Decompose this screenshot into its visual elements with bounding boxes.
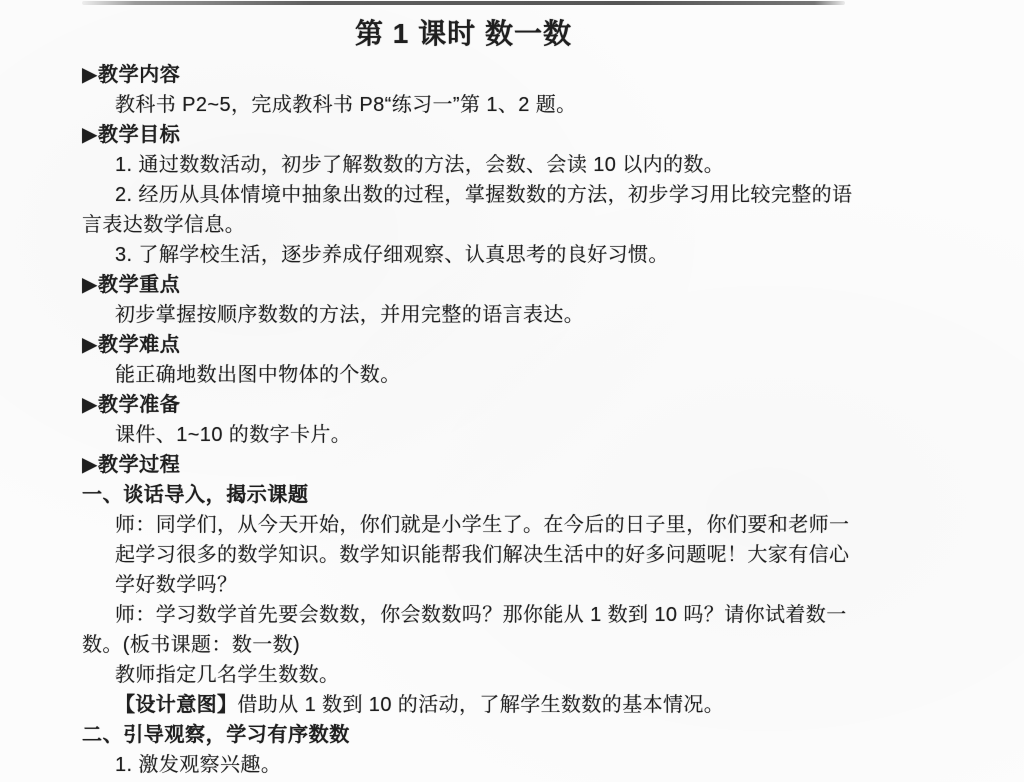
paragraph-teacher-talk-1a: 师：同学们，从今天开始，你们就是小学生了。在今后的日子里，你们要和老师一	[82, 510, 845, 540]
design-intent-label: 【设计意图】	[115, 694, 237, 716]
paragraph-teacher-talk-1b: 起学习很多的数学知识。数学知识能帮我们解决生活中的好多问题呢！大家有信心	[82, 540, 845, 570]
header-teaching-goals: ▶教学目标	[82, 120, 845, 150]
header-teaching-content: ▶教学内容	[82, 60, 845, 90]
section-1-heading: 一、谈话导入，揭示课题	[82, 480, 845, 510]
header-preparation: ▶教学准备	[82, 390, 845, 420]
paragraph-key-points: 初步掌握按顺序数数的方法，并用完整的语言表达。	[82, 300, 845, 330]
paragraph-students-count: 教师指定几名学生数数。	[82, 660, 845, 690]
header-difficult-points: ▶教学难点	[82, 330, 845, 360]
paragraph-stimulate-interest: 1. 激发观察兴趣。	[82, 750, 845, 780]
section-2-heading: 二、引导观察，学习有序数数	[82, 720, 845, 750]
paragraph-teacher-talk-1c: 学好数学吗？	[82, 570, 845, 600]
paragraph-preparation: 课件、1~10 的数字卡片。	[82, 420, 845, 450]
document-page: 第 1 课时 数一数 ▶教学内容 教科书 P2~5，完成教科书 P8“练习一”第…	[0, 0, 1024, 782]
paragraph-teacher-talk-2a: 师：学习数学首先要会数数，你会数数吗？那你能从 1 数到 10 吗？请你试着数一	[82, 600, 845, 630]
design-intent-text: 借助从 1 数到 10 的活动，了解学生数数的基本情况。	[237, 694, 724, 716]
header-key-points: ▶教学重点	[82, 270, 845, 300]
page-top-rule	[82, 1, 845, 5]
document-body: ▶教学内容 教科书 P2~5，完成教科书 P8“练习一”第 1、2 题。 ▶教学…	[82, 60, 845, 780]
paragraph-goal-1: 1. 通过数数活动，初步了解数数的方法，会数、会读 10 以内的数。	[82, 150, 845, 180]
paragraph-goal-2: 2. 经历从具体情境中抽象出数的过程，掌握数数的方法，初步学习用比较完整的语	[82, 180, 845, 210]
paragraph-goal-3: 3. 了解学校生活，逐步养成仔细观察、认真思考的良好习惯。	[82, 240, 845, 270]
paragraph-teacher-talk-2b: 数。(板书课题：数一数)	[82, 630, 845, 660]
design-intent-line: 【设计意图】借助从 1 数到 10 的活动，了解学生数数的基本情况。	[82, 690, 845, 720]
paragraph-goal-2-continued: 言表达数学信息。	[82, 210, 845, 240]
paragraph-difficult-points: 能正确地数出图中物体的个数。	[82, 360, 845, 390]
page-title: 第 1 课时 数一数	[82, 12, 845, 52]
header-teaching-process: ▶教学过程	[82, 450, 845, 480]
paragraph-teaching-content: 教科书 P2~5，完成教科书 P8“练习一”第 1、2 题。	[82, 90, 845, 120]
